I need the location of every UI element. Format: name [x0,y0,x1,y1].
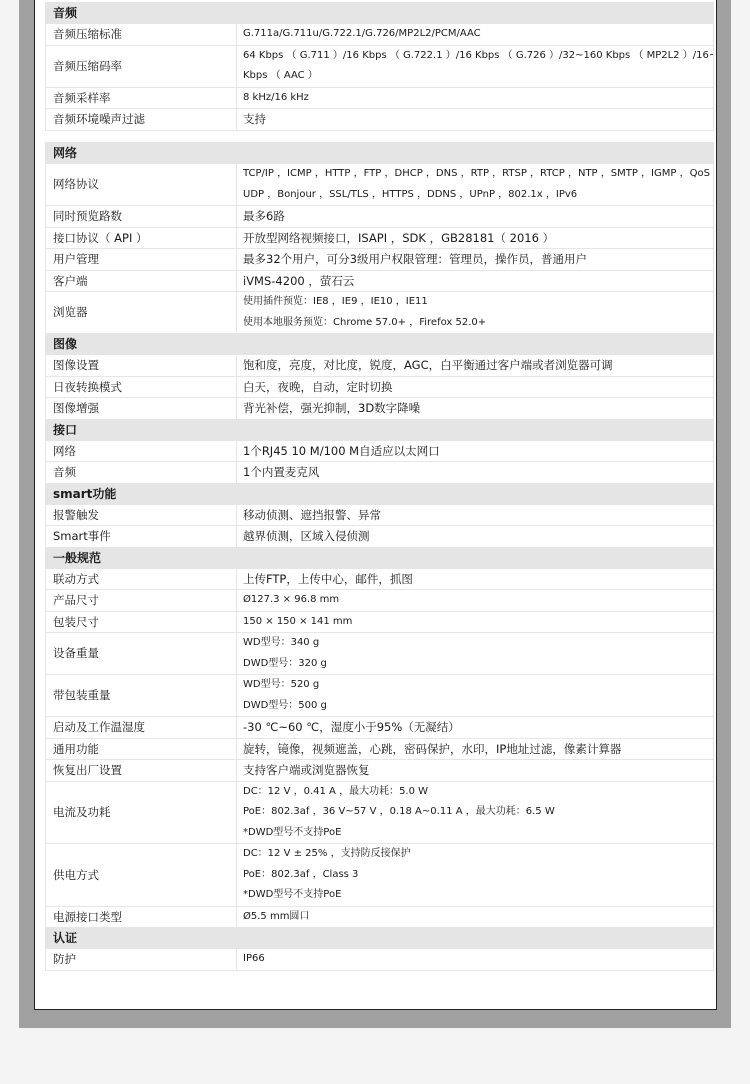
section-header: 一般规范 [46,547,714,568]
section-header: 图像 [46,334,714,355]
spec-row: 产品尺寸Ø127.3 × 96.8 mm [46,590,714,612]
spec-value: 上传FTP，上传中心，邮件，抓图 [237,568,714,590]
spec-table-main: 网络 网络协议TCP/IP ，ICMP ，HTTP ，FTP ，DHCP ，DN… [45,142,714,971]
spec-label: 接口协议（ API ） [46,227,237,249]
spec-value: 8 kHz/16 kHz [237,87,714,109]
spec-value: iVMS-4200 ，萤石云 [237,270,714,292]
spec-value: 最多6路 [237,206,714,228]
spec-table-audio: 音频 音频压缩标准 G.711a/G.711u/G.722.1/G.726/MP… [45,2,714,131]
spec-value: WD型号：520 gDWD型号：500 g [237,675,714,717]
spec-row: 报警触发移动侦测、遮挡报警、异常 [46,504,714,526]
spec-label: 浏览器 [46,292,237,334]
spec-row: 通用功能旋转，镜像，视频遮盖，心跳，密码保护，水印，IP地址过滤，像素计算器 [46,738,714,760]
spec-label: 客户端 [46,270,237,292]
spec-label: 供电方式 [46,844,237,907]
spec-value: Ø5.5 mm圆口 [237,906,714,928]
spec-row: 包装尺寸150 × 150 × 141 mm [46,611,714,633]
section-title: 认证 [46,928,714,949]
spec-label: 带包装重量 [46,675,237,717]
spec-row: 启动及工作温湿度-30 ℃~60 ℃，湿度小于95%（无凝结） [46,717,714,739]
spec-row: 电流及功耗DC：12 V ，0.41 A ，最大功耗：5.0 WPoE：802.… [46,781,714,844]
spec-value: 背光补偿，强光抑制，3D数字降噪 [237,398,714,420]
spec-value: 64 Kbps （ G.711 ）/16 Kbps （ G.722.1 ）/16… [237,45,714,87]
spec-row: 音频1个内置麦克风 [46,462,714,484]
section-title: 接口 [46,419,714,440]
spec-row: 网络1个RJ45 10 M/100 M自适应以太网口 [46,440,714,462]
spec-row: 联动方式上传FTP，上传中心，邮件，抓图 [46,568,714,590]
spec-label: 包装尺寸 [46,611,237,633]
spec-label: 音频压缩标准 [46,24,237,46]
spec-label: 电流及功耗 [46,781,237,844]
spec-row: 浏览器使用插件预览：IE8 ，IE9 ，IE10 ，IE11使用本地服务预览：C… [46,292,714,334]
spec-value: -30 ℃~60 ℃，湿度小于95%（无凝结） [237,717,714,739]
spec-row: 设备重量WD型号：340 gDWD型号：320 g [46,633,714,675]
section-title: 一般规范 [46,547,714,568]
spec-value: 开放型网络视频接口，ISAPI ，SDK ，GB28181（ 2016 ） [237,227,714,249]
spec-row: 同时预览路数最多6路 [46,206,714,228]
spec-label: 电源接口类型 [46,906,237,928]
spec-value: 支持客户端或浏览器恢复 [237,760,714,782]
spec-row: 客户端iVMS-4200 ，萤石云 [46,270,714,292]
spec-row: 用户管理最多32个用户，可分3级用户权限管理：管理员，操作员，普通用户 [46,249,714,271]
spec-label: Smart事件 [46,526,237,548]
spec-row: 电源接口类型Ø5.5 mm圆口 [46,906,714,928]
spec-value: 最多32个用户，可分3级用户权限管理：管理员，操作员，普通用户 [237,249,714,271]
spec-row: 供电方式DC：12 V ± 25% ，支持防反接保护PoE：802.3af ，C… [46,844,714,907]
spec-label: 启动及工作温湿度 [46,717,237,739]
section-header: smart功能 [46,483,714,504]
spec-label: 图像设置 [46,355,237,377]
spec-label: 防护 [46,949,237,971]
spec-label: 恢复出厂设置 [46,760,237,782]
section-header: 网络 [46,143,714,164]
spec-row: 带包装重量WD型号：520 gDWD型号：500 g [46,675,714,717]
spec-row: 音频压缩标准 G.711a/G.711u/G.722.1/G.726/MP2L2… [46,24,714,46]
spec-value: TCP/IP ，ICMP ，HTTP ，FTP ，DHCP ，DNS ，RTP … [237,164,714,206]
section-title: 音频 [46,3,714,24]
spec-label: 音频压缩码率 [46,45,237,87]
spec-label: 音频环境噪声过滤 [46,109,237,131]
spec-value: 越界侦测，区域入侵侦测 [237,526,714,548]
spec-value: 饱和度，亮度，对比度，锐度，AGC，白平衡通过客户端或者浏览器可调 [237,355,714,377]
spec-label: 日夜转换模式 [46,376,237,398]
spec-label: 音频 [46,462,237,484]
spec-row: 日夜转换模式白天，夜晚，自动，定时切换 [46,376,714,398]
section-title: 图像 [46,334,714,355]
spec-value: 使用插件预览：IE8 ，IE9 ，IE10 ，IE11使用本地服务预览：Chro… [237,292,714,334]
spec-value: DC：12 V ，0.41 A ，最大功耗：5.0 WPoE：802.3af ，… [237,781,714,844]
spec-row: 网络协议TCP/IP ，ICMP ，HTTP ，FTP ，DHCP ，DNS ，… [46,164,714,206]
spec-row: 音频环境噪声过滤 支持 [46,109,714,131]
spec-label: 网络协议 [46,164,237,206]
spec-label: 用户管理 [46,249,237,271]
section-title: smart功能 [46,483,714,504]
section-header: 认证 [46,928,714,949]
spec-value: 白天，夜晚，自动，定时切换 [237,376,714,398]
spec-row: 音频压缩码率 64 Kbps （ G.711 ）/16 Kbps （ G.722… [46,45,714,87]
spec-value: IP66 [237,949,714,971]
spec-value: 1个内置麦克风 [237,462,714,484]
spec-label: 设备重量 [46,633,237,675]
spec-row: 防护IP66 [46,949,714,971]
spec-value: 150 × 150 × 141 mm [237,611,714,633]
spec-value: WD型号：340 gDWD型号：320 g [237,633,714,675]
section-title: 网络 [46,143,714,164]
spec-value: 支持 [237,109,714,131]
spec-row: Smart事件越界侦测，区域入侵侦测 [46,526,714,548]
spec-row: 恢复出厂设置支持客户端或浏览器恢复 [46,760,714,782]
spec-label: 产品尺寸 [46,590,237,612]
section-header: 音频 [46,3,714,24]
spec-label: 音频采样率 [46,87,237,109]
spec-value: 移动侦测、遮挡报警、异常 [237,504,714,526]
spec-label: 网络 [46,440,237,462]
spec-value: G.711a/G.711u/G.722.1/G.726/MP2L2/PCM/AA… [237,24,714,46]
spec-label: 通用功能 [46,738,237,760]
spec-row: 图像增强背光补偿，强光抑制，3D数字降噪 [46,398,714,420]
spec-value: 1个RJ45 10 M/100 M自适应以太网口 [237,440,714,462]
spec-value: 旋转，镜像，视频遮盖，心跳，密码保护，水印，IP地址过滤，像素计算器 [237,738,714,760]
spec-label: 图像增强 [46,398,237,420]
spec-label: 联动方式 [46,568,237,590]
spec-row: 图像设置饱和度，亮度，对比度，锐度，AGC，白平衡通过客户端或者浏览器可调 [46,355,714,377]
spec-label: 同时预览路数 [46,206,237,228]
spec-row: 接口协议（ API ）开放型网络视频接口，ISAPI ，SDK ，GB28181… [46,227,714,249]
section-header: 接口 [46,419,714,440]
spec-label: 报警触发 [46,504,237,526]
spec-value: DC：12 V ± 25% ，支持防反接保护PoE：802.3af ，Class… [237,844,714,907]
spec-row: 音频采样率 8 kHz/16 kHz [46,87,714,109]
spec-value: Ø127.3 × 96.8 mm [237,590,714,612]
